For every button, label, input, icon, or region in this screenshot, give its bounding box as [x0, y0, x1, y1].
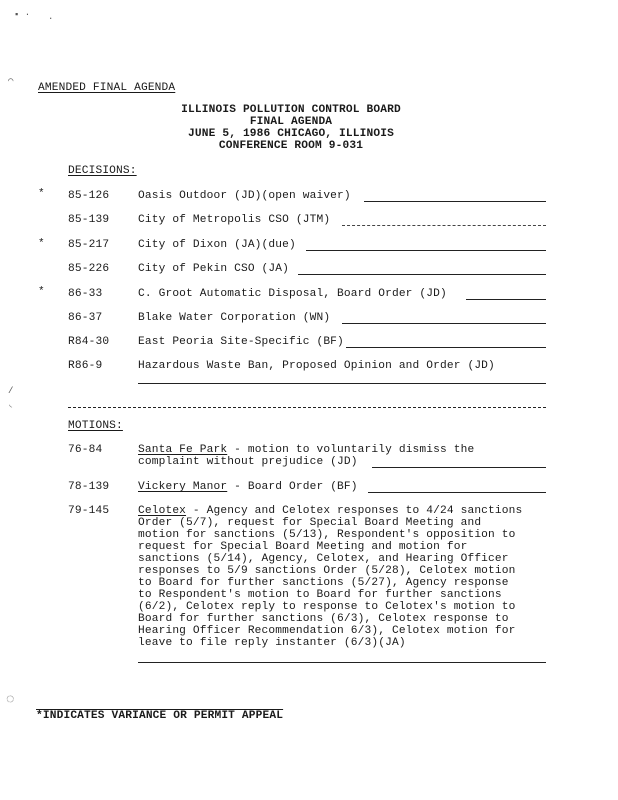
motion-line: leave to file reply instanter (6/3)(JA) — [138, 637, 406, 649]
motion-line: Vickery Manor - Board Order (BF) — [138, 481, 358, 493]
vote-blank-line — [298, 274, 546, 275]
header-org: ILLINOIS POLLUTION CONTROL BOARD — [160, 104, 422, 116]
motion-line: complaint without prejudice (JD) — [138, 456, 358, 468]
scan-speck: ◟ — [8, 400, 13, 410]
vote-blank-line — [138, 662, 546, 663]
motion-line: Order (5/7), request for Special Board M… — [138, 517, 481, 529]
decisions-heading: DECISIONS: — [68, 165, 137, 177]
header-room: CONFERENCE ROOM 9-031 — [160, 140, 422, 152]
party-name: Celotex — [138, 505, 186, 517]
header-title: FINAL AGENDA — [160, 116, 422, 128]
docket-number: R84-30 — [68, 336, 109, 348]
motion-text: - Agency and Celotex responses to 4/24 s… — [186, 505, 522, 517]
document-header: ILLINOIS POLLUTION CONTROL BOARD FINAL A… — [160, 104, 422, 152]
scan-speck: ◌ — [6, 692, 14, 708]
motion-line: Hearing Officer Recommendation 6/3), Cel… — [138, 625, 516, 637]
motion-line: Santa Fe Park - motion to voluntarily di… — [138, 444, 474, 456]
case-title: City of Metropolis CSO (JTM) — [138, 214, 330, 226]
vote-blank-line — [346, 347, 546, 348]
case-title: City of Dixon (JA)(due) — [138, 239, 296, 251]
amended-heading: AMENDED FINAL AGENDA — [38, 82, 175, 94]
vote-blank-line — [372, 467, 546, 468]
docket-number: 76-84 — [68, 444, 102, 456]
motion-line: sanctions (5/14), Agency, Celotex, and H… — [138, 553, 509, 565]
docket-number: 78-139 — [68, 481, 109, 493]
vote-blank-line — [466, 299, 546, 300]
motion-line: responses to 5/9 sanctions Order (5/28),… — [138, 565, 516, 577]
scan-speck: · — [48, 14, 53, 24]
vote-blank-line — [138, 383, 546, 384]
case-title: Hazardous Waste Ban, Proposed Opinion an… — [138, 360, 495, 372]
party-name: Vickery Manor — [138, 481, 227, 493]
motion-text: - motion to voluntarily dismiss the — [227, 444, 474, 456]
scan-speck: / — [8, 386, 13, 396]
docket-number: 86-37 — [68, 312, 102, 324]
motions-heading: MOTIONS: — [68, 420, 123, 432]
docket-number: 85-226 — [68, 263, 109, 275]
docket-number: 86-33 — [68, 288, 102, 300]
scan-speck: ⌒ — [8, 76, 13, 86]
footnote-variance: *INDICATES VARIANCE OR PERMIT APPEAL — [36, 710, 283, 722]
vote-blank-line — [342, 323, 546, 324]
case-title: City of Pekin CSO (JA) — [138, 263, 289, 275]
vote-blank-line — [364, 201, 546, 202]
vote-blank-line — [342, 225, 546, 226]
docket-number: 85-139 — [68, 214, 109, 226]
case-title: C. Groot Automatic Disposal, Board Order… — [138, 288, 447, 300]
motion-line: Celotex - Agency and Celotex responses t… — [138, 505, 522, 517]
scan-speck: ▪ · — [14, 10, 30, 20]
motion-line: (6/2), Celotex reply to response to Celo… — [138, 601, 516, 613]
motion-line: to Respondent's motion to Board for furt… — [138, 589, 502, 601]
party-name: Santa Fe Park — [138, 444, 227, 456]
motion-line: Board for further sanctions (6/3), Celot… — [138, 613, 509, 625]
vote-blank-line — [306, 250, 546, 251]
header-date-location: JUNE 5, 1986 CHICAGO, ILLINOIS — [160, 128, 422, 140]
docket-number: R86-9 — [68, 360, 102, 372]
vote-blank-line — [368, 492, 546, 493]
motion-line: request for Special Board Meeting and mo… — [138, 541, 467, 553]
case-title: Blake Water Corporation (WN) — [138, 312, 330, 324]
variance-star: * — [38, 238, 45, 250]
docket-number: 79-145 — [68, 505, 109, 517]
docket-number: 85-126 — [68, 190, 109, 202]
case-title: Oasis Outdoor (JD)(open waiver) — [138, 190, 351, 202]
variance-star: * — [38, 188, 45, 200]
docket-number: 85-217 — [68, 239, 109, 251]
motion-line: to Board for further sanctions (5/27), A… — [138, 577, 509, 589]
section-separator — [68, 407, 546, 408]
motion-text: - Board Order (BF) — [227, 481, 357, 493]
case-title: East Peoria Site-Specific (BF) — [138, 336, 344, 348]
variance-star: * — [38, 286, 45, 298]
motion-line: motion for sanctions (5/13), Respondent'… — [138, 529, 516, 541]
